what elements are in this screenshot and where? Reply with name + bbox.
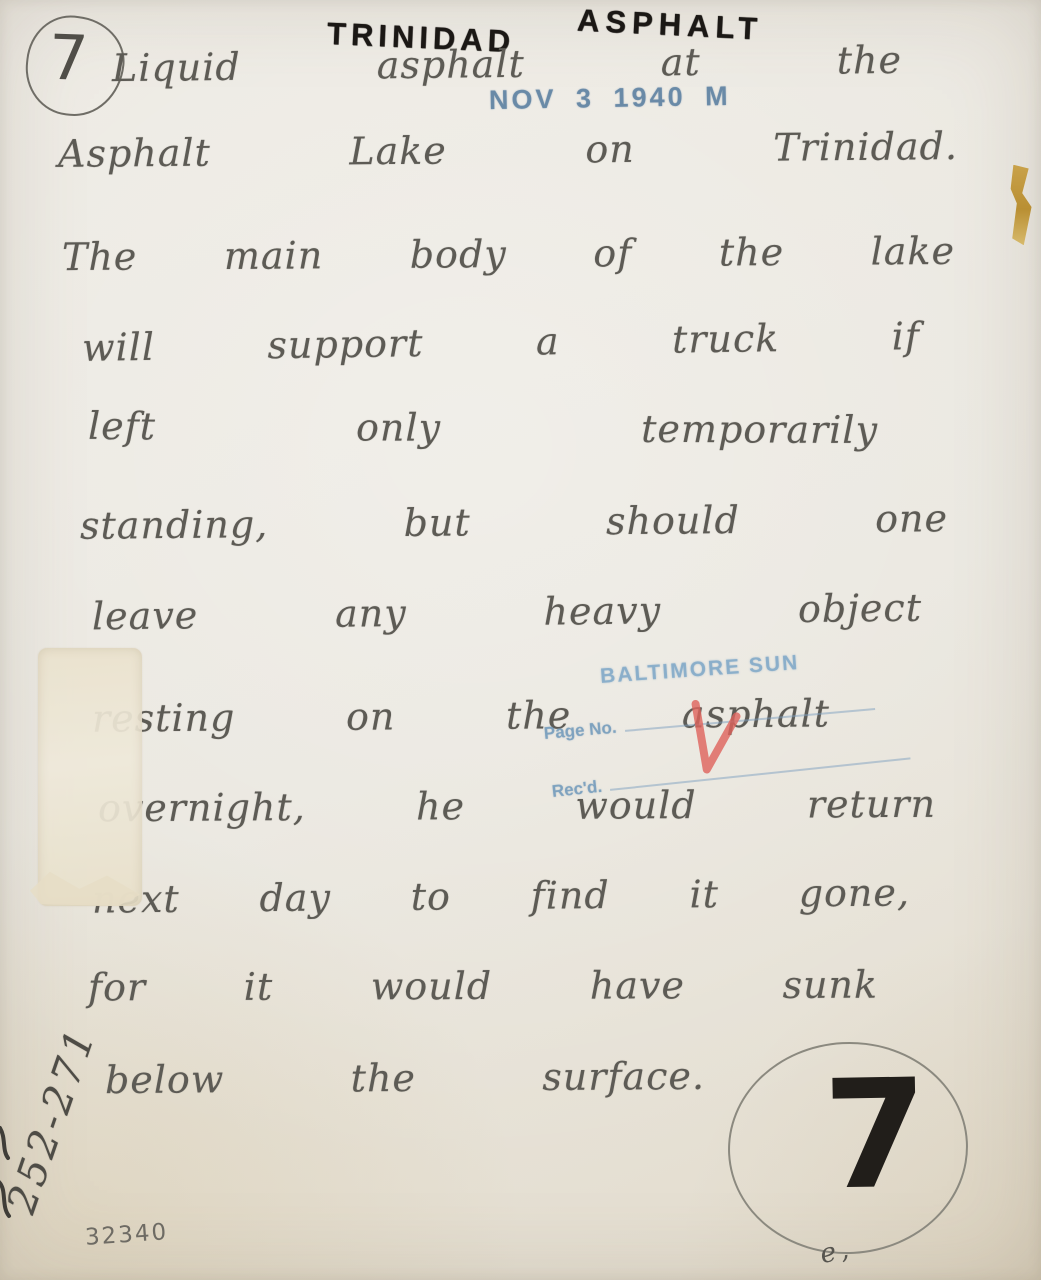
handwriting-line: The main body of the lake xyxy=(62,229,955,281)
small-initial-mark: e, xyxy=(817,1233,855,1270)
bottom-right-page-number: 7 xyxy=(822,1060,929,1212)
handwriting-line: next day to find it gone, xyxy=(92,870,910,923)
adhesive-stain xyxy=(1004,165,1035,246)
top-left-page-number: 7 xyxy=(48,21,90,95)
handwriting-line: standing, but should one xyxy=(80,496,948,549)
baltimore-sun-stamp: BALTIMORE SUN xyxy=(599,651,800,689)
handwriting-line: overnight, he would return xyxy=(98,782,936,832)
edge-pencil-mark xyxy=(0,1120,20,1230)
bottom-right-page-number-circle: 7 xyxy=(723,1036,974,1260)
handwriting-line: Liquid asphalt at the xyxy=(112,38,902,92)
handwriting-line: left only temporarily xyxy=(88,404,878,454)
handwriting-line: will support a truck if xyxy=(82,314,921,371)
red-check-mark-icon xyxy=(682,697,744,780)
bottom-left-number: 32340 xyxy=(84,1219,169,1251)
handwriting-line: Asphalt Lake on Trinidad. xyxy=(58,124,958,177)
handwriting-line: below the surface. xyxy=(105,1054,705,1104)
handwriting-line: leave any heavy object xyxy=(92,586,922,640)
scanned-note-page: 7 TRINIDAD ASPHALT NOV 3 1940 M Liquid a… xyxy=(0,0,1041,1280)
handwriting-line: for it would have sunk xyxy=(88,963,878,1011)
tape-residue xyxy=(38,648,142,906)
